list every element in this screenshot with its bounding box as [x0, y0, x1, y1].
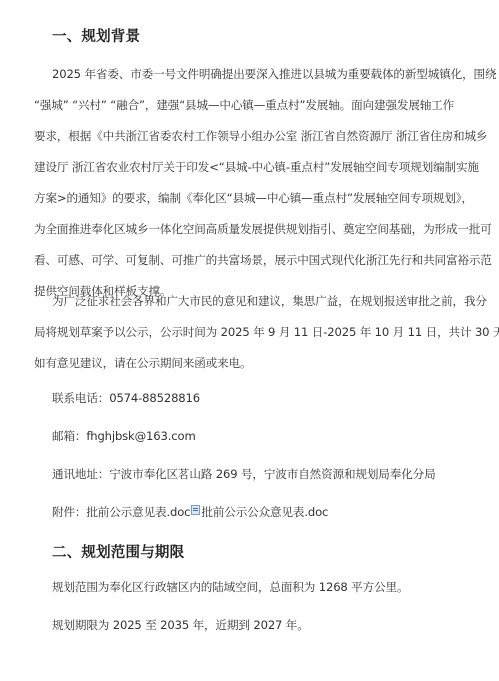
email-value: fhghjbsk@163.com: [86, 429, 195, 443]
paragraph-line: 2025 年省委、市委一号文件明确提出要深入推进以县城为重要载体的新型城镇化，围…: [52, 66, 496, 82]
scope-period: 规划期限为 2025 至 2035 年，近期到 2027 年。: [52, 617, 309, 633]
phone-label: 联系电话：: [52, 391, 109, 405]
attachments-row: 附件：批前公示意见表.doc批前公示公众意见表.doc: [52, 504, 328, 520]
contact-phone: 联系电话：0574-88528816: [52, 390, 200, 406]
contact-email: 邮箱：fhghjbsk@163.com: [52, 428, 196, 444]
address-label: 通讯地址：: [52, 467, 109, 481]
document-page: 一、规划背景 2025 年省委、市委一号文件明确提出要深入推进以县城为重要载体的…: [0, 0, 499, 681]
paragraph-line: 为全面推进奉化区城乡一体化空间高质量发展提供规划指引、奠定空间基础，为形成一批可: [34, 221, 492, 237]
address-value: 宁波市奉化区茗山路 269 号，宁波市自然资源和规划局奉化分局: [109, 467, 435, 481]
paragraph-line: 如有意见建议，请在公示期间来函或来电。: [34, 355, 251, 371]
attachment-label: 附件：: [52, 505, 86, 519]
email-label: 邮箱：: [52, 429, 86, 443]
attachment-link-public-opinion-form[interactable]: 批前公示公众意见表.doc: [201, 505, 328, 519]
paragraph-line: 看、可感、可学、可复制、可推广的共富场景，展示中国式现代化浙江先行和共同富裕示范: [34, 252, 492, 268]
paragraph-line: 方案>的通知》的要求，编制《奉化区“县城—中心镇—重点村”发展轴空间专项规划》，: [34, 190, 473, 206]
paragraph-line: “强城” “兴村” “融合”，建强“县城—中心镇—重点村”发展轴。面向建强发展轴…: [34, 97, 454, 113]
doc-file-icon[interactable]: [191, 505, 200, 515]
paragraph-line: 要求，根据《中共浙江省委农村工作领导小组办公室 浙江省自然资源厅 浙江省住房和城…: [34, 128, 487, 144]
paragraph-line: 建设厅 浙江省农业农村厅关于印发<“县城-中心镇-重点村”发展轴空间专项规划编制…: [34, 159, 479, 175]
section-heading-background: 一、规划背景: [52, 25, 140, 46]
attachment-link-opinion-form[interactable]: 批前公示意见表.doc: [86, 505, 190, 519]
paragraph-line: 局将规划草案予以公示，公示时间为 2025 年 9 月 11 日-2025 年 …: [34, 324, 499, 340]
scope-range: 规划范围为奉化区行政辖区内的陆域空间，总面积为 1268 平方公里。: [52, 579, 408, 595]
paragraph-line: 为广泛征求社会各界和广大市民的意见和建议，集思广益，在规划报送审批之前，我分: [52, 293, 487, 309]
phone-value: 0574-88528816: [109, 391, 200, 405]
section-heading-scope: 二、规划范围与期限: [52, 541, 184, 562]
contact-address: 通讯地址：宁波市奉化区茗山路 269 号，宁波市自然资源和规划局奉化分局: [52, 466, 436, 482]
